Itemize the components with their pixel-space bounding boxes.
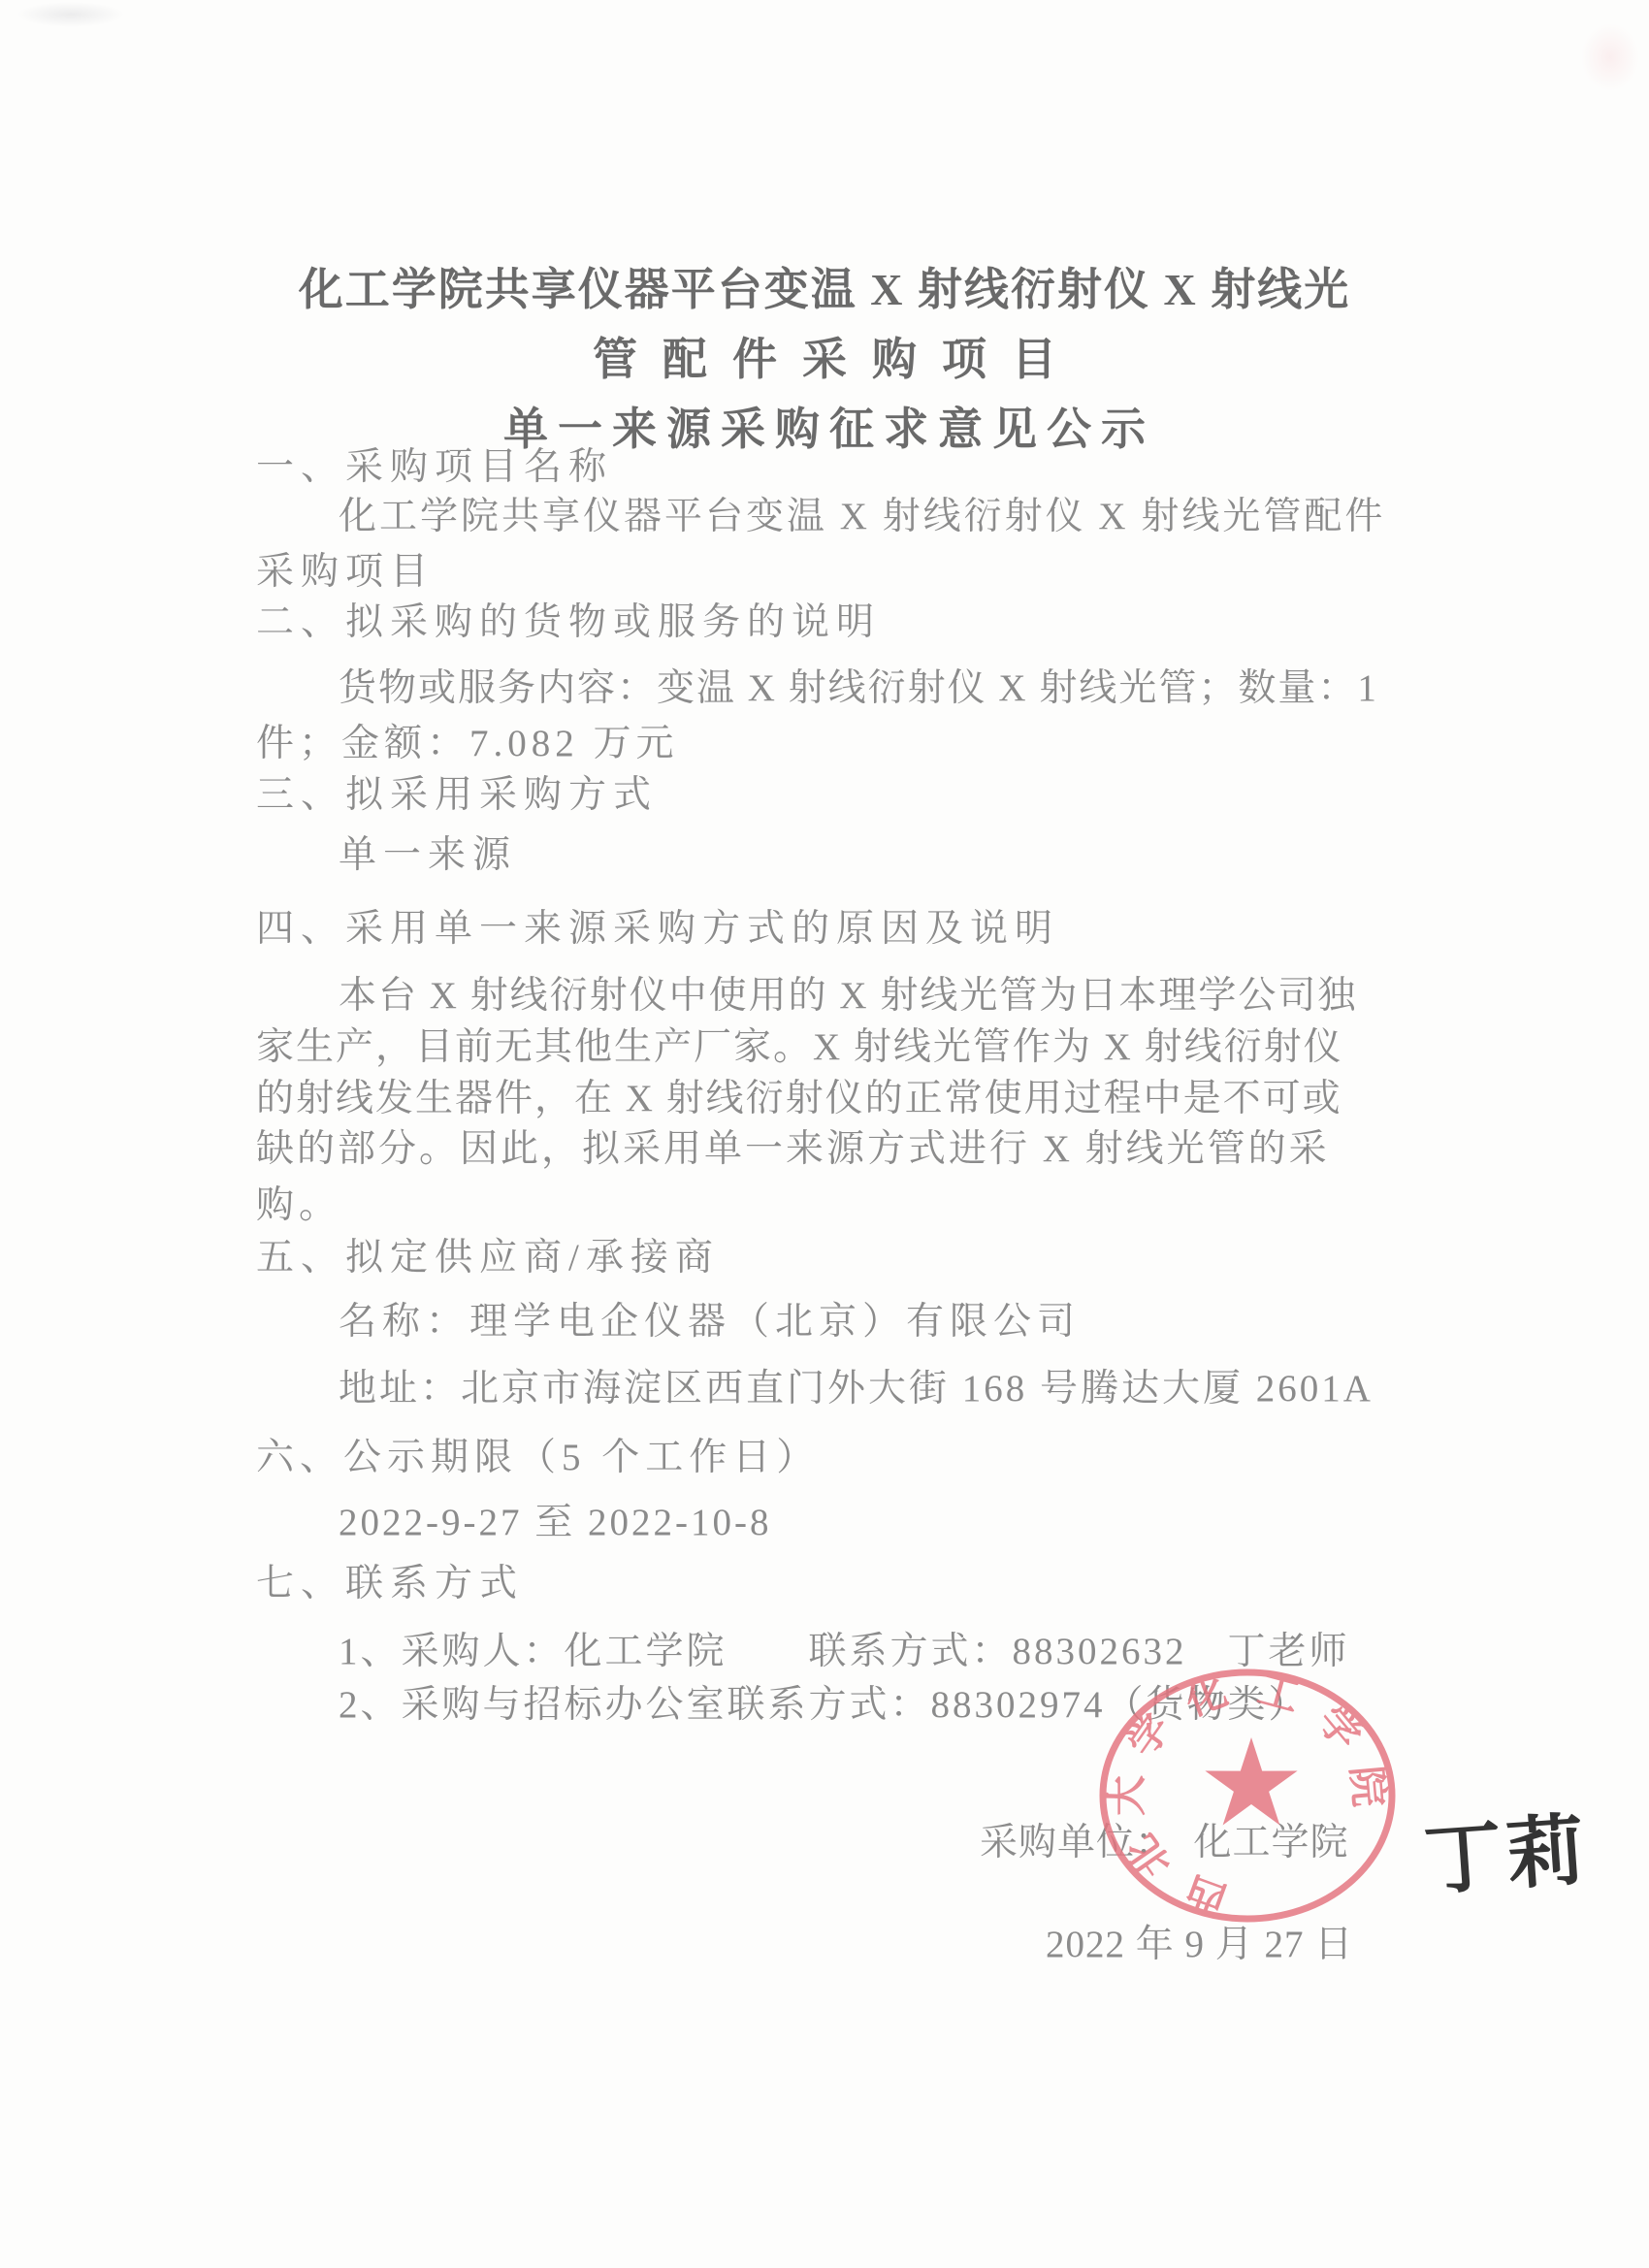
section-heading-2: 二、拟采购的货物或服务的说明 (256, 600, 881, 645)
document-line: 化工学院共享仪器平台变温 X 射线衍射仪 X 射线光管配件 (339, 495, 1385, 539)
seal-text-char: 院 (1342, 1765, 1391, 1809)
section-heading-5: 五、拟定供应商/承接商 (256, 1236, 720, 1280)
publicity-period-line: 2022-9-27 至 2022-10-8 (339, 1501, 771, 1545)
document-line: 件；金额：7.082 万元 (256, 722, 679, 766)
document-title-line-2: 管配件采购项目 (0, 324, 1649, 388)
seal-text-char: 学 (1309, 1698, 1370, 1758)
supplier-name-line: 名称：理学电企仪器（北京）有限公司 (339, 1300, 1081, 1345)
purchasing-unit-line: 采购单位： 化工学院 (980, 1812, 1349, 1866)
contact-line-1: 1、采购人：化工学院 联系方式：88302632 丁老师 (339, 1630, 1350, 1674)
section-heading-3: 三、拟采用采购方式 (256, 773, 658, 818)
document-line: 本台 X 射线衍射仪中使用的 X 射线光管为日本理学公司独 (339, 974, 1357, 1019)
date-line: 2022 年 9 月 27 日 (1046, 1914, 1353, 1968)
section-heading-4: 四、采用单一来源采购方式的原因及说明 (256, 907, 1059, 952)
document-line: 货物或服务内容：变温 X 射线衍射仪 X 射线光管；数量：1 (339, 666, 1378, 711)
scan-artifact (17, 2, 124, 27)
section-heading-6: 六、公示期限（5 个工作日） (256, 1436, 820, 1480)
document-line: 的射线发生器件，在 X 射线衍射仪的正常使用过程中是不可或 (256, 1077, 1342, 1121)
document-line: 采购项目 (256, 550, 435, 595)
section-heading-1: 一、采购项目名称 (256, 445, 613, 490)
supplier-address-line: 地址：北京市海淀区西直门外大街 168 号腾达大厦 2601A (339, 1367, 1374, 1411)
section-heading-7: 七、联系方式 (256, 1562, 524, 1606)
document-subtitle: 单一来源采购征求意见公示 (0, 394, 1649, 458)
seal-text-char: 大 (1105, 1775, 1150, 1816)
document-page: 化工学院共享仪器平台变温 X 射线衍射仪 X 射线光 管配件采购项目 单一来源采… (0, 0, 1649, 2268)
document-line: 购。 (256, 1183, 341, 1228)
document-line: 家生产，目前无其他生产厂家。X 射线光管作为 X 射线衍射仪 (256, 1025, 1343, 1070)
document-title-line-1: 化工学院共享仪器平台变温 X 射线衍射仪 X 射线光 (0, 254, 1649, 318)
document-line: 单一来源 (339, 833, 517, 878)
scan-artifact (1581, 23, 1639, 91)
handwritten-signature: 丁莉 (1420, 1787, 1593, 1910)
document-line: 缺的部分。因此，拟采用单一来源方式进行 X 射线光管的采 (256, 1127, 1330, 1172)
contact-line-2: 2、采购与招标办公室联系方式：88302974（货物类） (339, 1683, 1309, 1728)
